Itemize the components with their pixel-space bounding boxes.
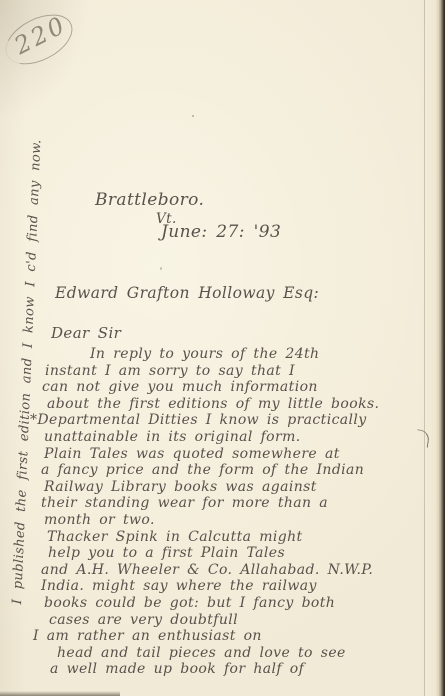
- letter-line: cases are very doubtfull: [49, 612, 436, 629]
- letter-line: their standing wear for more than a: [41, 495, 436, 512]
- letter-line: about the first editions of my little bo…: [47, 396, 436, 413]
- letter-line: month or two.: [44, 512, 436, 529]
- letter-line: In reply to yours of the 24th: [90, 346, 436, 363]
- letter-place: Brattleboro.: [95, 190, 204, 210]
- letter-page-scan: 220 I published the first edition and I …: [0, 0, 445, 696]
- letter-line: a fancy price and the form of the Indian: [41, 462, 436, 479]
- letter-line: Plain Tales was quoted somewhere at: [44, 446, 436, 463]
- letter-line: books could be got: but I fancy both: [44, 595, 436, 612]
- letter-line: Railway Library books was against: [44, 479, 436, 496]
- paper-speck: [192, 115, 194, 117]
- paper-speck: [160, 267, 162, 270]
- letter-line: and A.H. Wheeler & Co. Allahabad. N.W.P.: [41, 562, 436, 579]
- letter-line: I am rather an enthusiast on: [33, 628, 436, 645]
- letter-line: Thacker Spink in Calcutta might: [47, 529, 436, 546]
- letter-line: unattainable in its original form.: [44, 429, 436, 446]
- letter-line: India. might say where the railway: [41, 578, 436, 595]
- letter-line: can not give you much information: [42, 379, 436, 396]
- letter-line: *Departmental Ditties I know is practica…: [30, 412, 436, 429]
- letter-body: In reply to yours of the 24th instant I …: [36, 346, 436, 678]
- bottom-edge-shadow: [0, 691, 120, 696]
- letter-line: a well made up book for half of: [50, 661, 436, 678]
- scan-background-edge: [439, 0, 445, 696]
- letter-salutation: Dear Sir: [51, 324, 121, 342]
- letter-line: instant I am sorry to say that I: [45, 363, 436, 380]
- letter-line: help you to a first Plain Tales: [48, 545, 436, 562]
- letter-date: June: 27: '93: [161, 222, 281, 242]
- letter-addressee: Edward Grafton Holloway Esq:: [55, 284, 319, 302]
- letter-line: head and tail pieces and love to see: [57, 645, 436, 662]
